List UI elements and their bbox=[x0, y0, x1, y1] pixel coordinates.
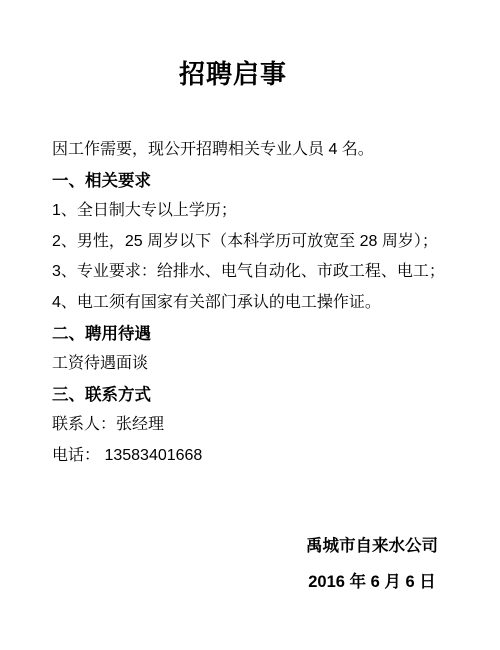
section-heading-contact: 三、联系方式 bbox=[52, 380, 490, 411]
page-title: 招聘启事 bbox=[0, 58, 466, 91]
contact-person-line: 联系人：张经理 bbox=[52, 410, 490, 441]
requirement-item-1: 1、全日制大专以上学历； bbox=[52, 196, 490, 227]
signature-company: 禹城市自来水公司 bbox=[306, 528, 438, 564]
intro-paragraph: 因工作需要，现公开招聘相关专业人员 4 名。 bbox=[52, 135, 490, 166]
requirement-item-3: 3、专业要求：给排水、电气自动化、市政工程、电工； bbox=[52, 257, 490, 288]
compensation-line: 工资待遇面谈 bbox=[52, 349, 490, 380]
requirement-item-2: 2、男性，25 周岁以下（本科学历可放宽至 28 周岁）； bbox=[52, 227, 490, 258]
document-body: 因工作需要，现公开招聘相关专业人员 4 名。 一、相关要求 1、全日制大专以上学… bbox=[52, 135, 490, 472]
section-heading-compensation: 二、聘用待遇 bbox=[52, 319, 490, 350]
signature-block: 禹城市自来水公司 2016 年 6 月 6 日 bbox=[306, 528, 438, 600]
document-page: 招聘启事 因工作需要，现公开招聘相关专业人员 4 名。 一、相关要求 1、全日制… bbox=[0, 0, 500, 650]
contact-phone-line: 电话： 13583401668 bbox=[52, 441, 490, 472]
requirement-item-4: 4、电工须有国家有关部门承认的电工操作证。 bbox=[52, 288, 490, 319]
section-heading-requirements: 一、相关要求 bbox=[52, 166, 490, 197]
signature-date: 2016 年 6 月 6 日 bbox=[306, 564, 438, 600]
